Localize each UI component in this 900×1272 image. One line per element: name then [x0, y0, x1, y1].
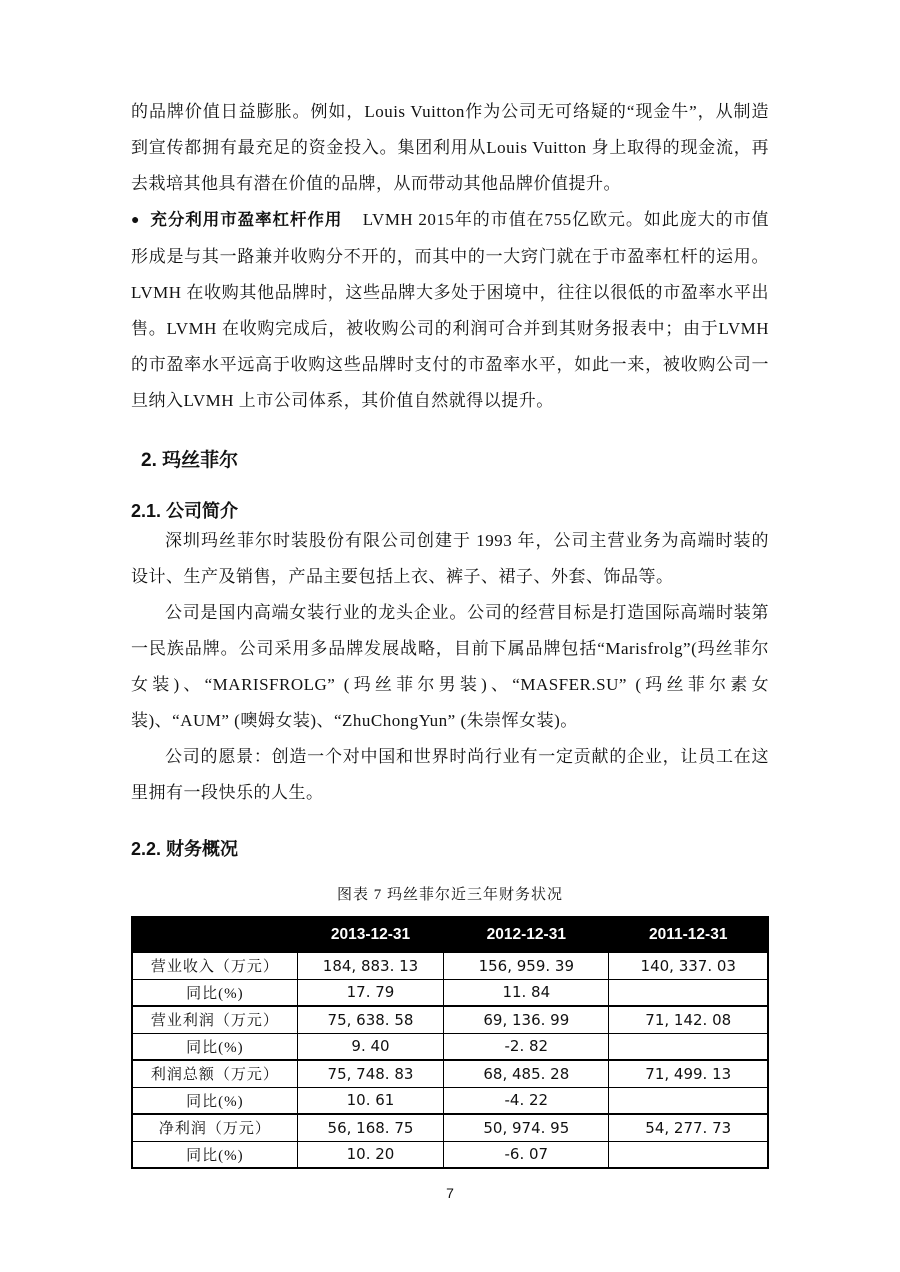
- table-row-revenue-yoy: 同比(%) 17. 79 11. 84: [132, 979, 768, 1006]
- bullet-point-icon: ●: [131, 213, 140, 228]
- table-header-cell-label: [132, 917, 297, 952]
- table-row-net-profit: 净利润（万元） 56, 168. 75 50, 974. 95 54, 277.…: [132, 1114, 768, 1141]
- cell-value: 17. 79: [297, 979, 443, 1006]
- row-label: 同比(%): [132, 1033, 297, 1060]
- row-label: 营业收入（万元）: [132, 952, 297, 979]
- cell-value: 69, 136. 99: [444, 1006, 609, 1033]
- row-label: 同比(%): [132, 979, 297, 1006]
- table-row-total-profit: 利润总额（万元） 75, 748. 83 68, 485. 28 71, 499…: [132, 1060, 768, 1087]
- page-number: 7: [131, 1185, 769, 1201]
- cell-value: 156, 959. 39: [444, 952, 609, 979]
- cell-value: 9. 40: [297, 1033, 443, 1060]
- body-paragraph-3: 公司是国内高端女装行业的龙头企业。公司的经营目标是打造国际高端时装第一民族品牌。…: [131, 595, 769, 739]
- table-header-cell-2013: 2013-12-31: [297, 917, 443, 952]
- cell-value: -4. 22: [444, 1087, 609, 1114]
- table-row-net-profit-yoy: 同比(%) 10. 20 -6. 07: [132, 1141, 768, 1168]
- row-label: 同比(%): [132, 1141, 297, 1168]
- cell-value: 75, 748. 83: [297, 1060, 443, 1087]
- table-caption: 图表 7 玛丝菲尔近三年财务状况: [131, 883, 769, 904]
- row-label: 营业利润（万元）: [132, 1006, 297, 1033]
- body-paragraph-1: 的品牌价值日益膨胀。例如，Louis Vuitton作为公司无可络疑的“现金牛”…: [131, 94, 769, 202]
- section-heading-2: 2. 玛丝菲尔: [141, 449, 769, 473]
- bullet-paragraph: ●充分利用市盈率杠杆作用LVMH 2015年的市值在755亿欧元。如此庞大的市值…: [131, 202, 769, 419]
- row-label: 同比(%): [132, 1087, 297, 1114]
- table-header-cell-2011: 2011-12-31: [609, 917, 768, 952]
- financial-table: 2013-12-31 2012-12-31 2011-12-31 营业收入（万元…: [131, 916, 769, 1169]
- cell-value: 50, 974. 95: [444, 1114, 609, 1141]
- table-header-row: 2013-12-31 2012-12-31 2011-12-31: [132, 917, 768, 952]
- table-row-revenue: 营业收入（万元） 184, 883. 13 156, 959. 39 140, …: [132, 952, 768, 979]
- document-page: 的品牌价值日益膨胀。例如，Louis Vuitton作为公司无可络疑的“现金牛”…: [0, 0, 900, 1272]
- cell-value: -6. 07: [444, 1141, 609, 1168]
- body-paragraph-2: 深圳玛丝菲尔时装股份有限公司创建于 1993 年，公司主营业务为高端时装的设计、…: [131, 523, 769, 595]
- cell-value: [609, 979, 768, 1006]
- cell-value: 184, 883. 13: [297, 952, 443, 979]
- subsection-heading-2-2: 2.2. 财务概况: [131, 837, 769, 861]
- cell-value: [609, 1087, 768, 1114]
- table-row-operating-profit: 营业利润（万元） 75, 638. 58 69, 136. 99 71, 142…: [132, 1006, 768, 1033]
- body-paragraph-4: 公司的愿景：创造一个对中国和世界时尚行业有一定贡献的企业，让员工在这里拥有一段快…: [131, 739, 769, 811]
- cell-value: 11. 84: [444, 979, 609, 1006]
- table-row-total-profit-yoy: 同比(%) 10. 61 -4. 22: [132, 1087, 768, 1114]
- cell-value: 68, 485. 28: [444, 1060, 609, 1087]
- page-content: 的品牌价值日益膨胀。例如，Louis Vuitton作为公司无可络疑的“现金牛”…: [131, 0, 769, 1201]
- bullet-lead-label: 充分利用市盈率杠杆作用: [150, 211, 342, 229]
- cell-value: 71, 142. 08: [609, 1006, 768, 1033]
- cell-value: [609, 1141, 768, 1168]
- cell-value: 56, 168. 75: [297, 1114, 443, 1141]
- cell-value: 71, 499. 13: [609, 1060, 768, 1087]
- row-label: 利润总额（万元）: [132, 1060, 297, 1087]
- cell-value: 54, 277. 73: [609, 1114, 768, 1141]
- cell-value: 10. 61: [297, 1087, 443, 1114]
- row-label: 净利润（万元）: [132, 1114, 297, 1141]
- cell-value: [609, 1033, 768, 1060]
- bullet-body-text: LVMH 2015年的市值在755亿欧元。如此庞大的市值形成是与其一路兼并收购分…: [131, 210, 769, 410]
- cell-value: 75, 638. 58: [297, 1006, 443, 1033]
- cell-value: 10. 20: [297, 1141, 443, 1168]
- table-header-cell-2012: 2012-12-31: [444, 917, 609, 952]
- subsection-heading-2-1: 2.1. 公司简介: [131, 499, 769, 523]
- cell-value: -2. 82: [444, 1033, 609, 1060]
- cell-value: 140, 337. 03: [609, 952, 768, 979]
- table-row-operating-profit-yoy: 同比(%) 9. 40 -2. 82: [132, 1033, 768, 1060]
